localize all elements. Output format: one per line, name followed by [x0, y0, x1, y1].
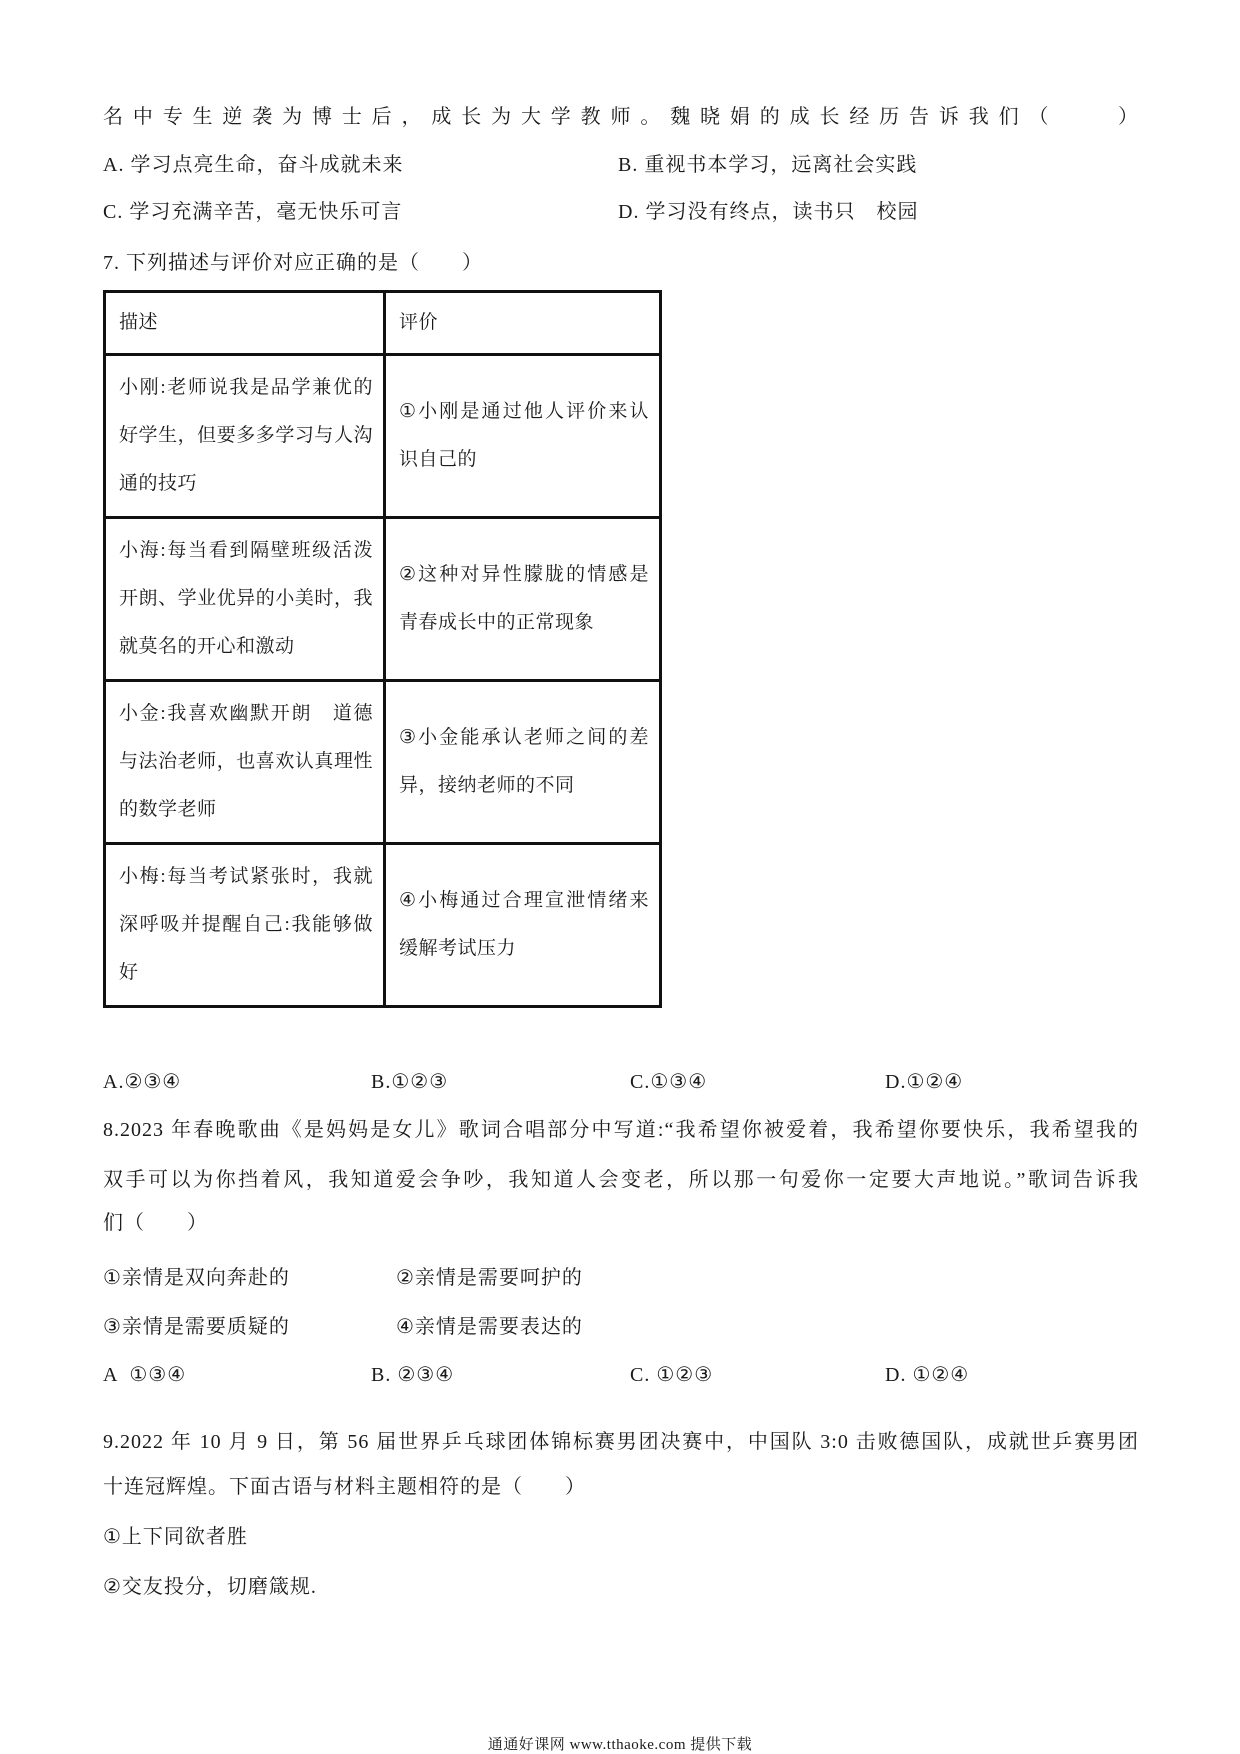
q8-stem-line3: 们（ ）: [103, 1210, 208, 1236]
q8-item-1: ①亲情是双向奔赴的: [103, 1265, 290, 1291]
table-cell-desc: 小梅:每当考试紧张时，我就深呼吸并提醒自己:我能够做好: [105, 844, 385, 1007]
q6-option-c: C. 学习充满辛苦，毫无快乐可言: [103, 199, 402, 225]
q8-item-3: ③亲情是需要质疑的: [103, 1314, 290, 1340]
q6-option-d: D. 学习没有终点，读书只 校园: [618, 199, 918, 225]
table-cell-eval: ③小金能承认老师之间的差异，接纳老师的不同: [385, 681, 661, 844]
q9-stem-line1: 9.2022 年 10 月 9 日，第 56 届世界乒乓球团体锦标赛男团决赛中，…: [103, 1429, 1139, 1455]
q7-option-d: D.①②④: [885, 1069, 963, 1095]
q9-item-2: ②交友投分，切磨箴规.: [103, 1574, 317, 1600]
q8-option-c: C. ①②③: [630, 1362, 713, 1388]
q8-option-a: A ①③④: [103, 1362, 186, 1388]
q7-option-b: B.①②③: [371, 1069, 448, 1095]
q8-item-4: ④亲情是需要表达的: [396, 1314, 583, 1340]
table-header-row: 描述 评价: [105, 292, 661, 355]
q7-option-a: A.②③④: [103, 1069, 181, 1095]
table-header-desc: 描述: [105, 292, 385, 355]
table-cell-desc: 小刚:老师说我是品学兼优的好学生，但要多多学习与人沟通的技巧: [105, 355, 385, 518]
table-header-eval: 评价: [385, 292, 661, 355]
footer-site-credit: 通通好课网 www.tthaoke.com 提供下载: [0, 1733, 1240, 1754]
q7-option-c: C.①③④: [630, 1069, 707, 1095]
table-cell-eval: ④小梅通过合理宣泄情绪来缓解考试压力: [385, 844, 661, 1007]
q8-option-b: B. ②③④: [371, 1362, 454, 1388]
q6-stem-tail: 名中专生逆袭为博士后，成长为大学教师。魏晓娟的成长经历告诉我们（ ）: [103, 104, 1139, 130]
q9-item-1: ①上下同欲者胜: [103, 1524, 248, 1550]
table-row: 小刚:老师说我是品学兼优的好学生，但要多多学习与人沟通的技巧 ①小刚是通过他人评…: [105, 355, 661, 518]
table-row: 小梅:每当考试紧张时，我就深呼吸并提醒自己:我能够做好 ④小梅通过合理宣泄情绪来…: [105, 844, 661, 1007]
q8-stem-line2: 双手可以为你挡着风，我知道爱会争吵，我知道人会变老，所以那一句爱你一定要大声地说…: [103, 1167, 1139, 1193]
table-row: 小海:每当看到隔壁班级活泼开朗、学业优异的小美时，我就莫名的开心和激动 ②这种对…: [105, 518, 661, 681]
q8-option-d: D. ①②④: [885, 1362, 969, 1388]
exam-page: 名中专生逆袭为博士后，成长为大学教师。魏晓娟的成长经历告诉我们（ ） A. 学习…: [0, 0, 1240, 1754]
q9-stem-line2: 十连冠辉煌。下面古语与材料主题相符的是（ ）: [103, 1474, 586, 1500]
q7-stem: 7. 下列描述与评价对应正确的是（ ）: [103, 250, 483, 276]
q8-item-2: ②亲情是需要呵护的: [396, 1265, 583, 1291]
table-cell-eval: ②这种对异性朦胧的情感是青春成长中的正常现象: [385, 518, 661, 681]
table-row: 小金:我喜欢幽默开朗 道德与法治老师，也喜欢认真理性的数学老师 ③小金能承认老师…: [105, 681, 661, 844]
q6-option-b: B. 重视书本学习，远离社会实践: [618, 152, 917, 178]
q6-option-a: A. 学习点亮生命，奋斗成就未来: [103, 152, 403, 178]
table-cell-desc: 小海:每当看到隔壁班级活泼开朗、学业优异的小美时，我就莫名的开心和激动: [105, 518, 385, 681]
q7-description-evaluation-table: 描述 评价 小刚:老师说我是品学兼优的好学生，但要多多学习与人沟通的技巧 ①小刚…: [103, 290, 662, 1008]
table-cell-eval: ①小刚是通过他人评价来认识自己的: [385, 355, 661, 518]
q8-stem-line1: 8.2023 年春晚歌曲《是妈妈是女儿》歌词合唱部分中写道:“我希望你被爱着，我…: [103, 1117, 1139, 1143]
table-cell-desc: 小金:我喜欢幽默开朗 道德与法治老师，也喜欢认真理性的数学老师: [105, 681, 385, 844]
